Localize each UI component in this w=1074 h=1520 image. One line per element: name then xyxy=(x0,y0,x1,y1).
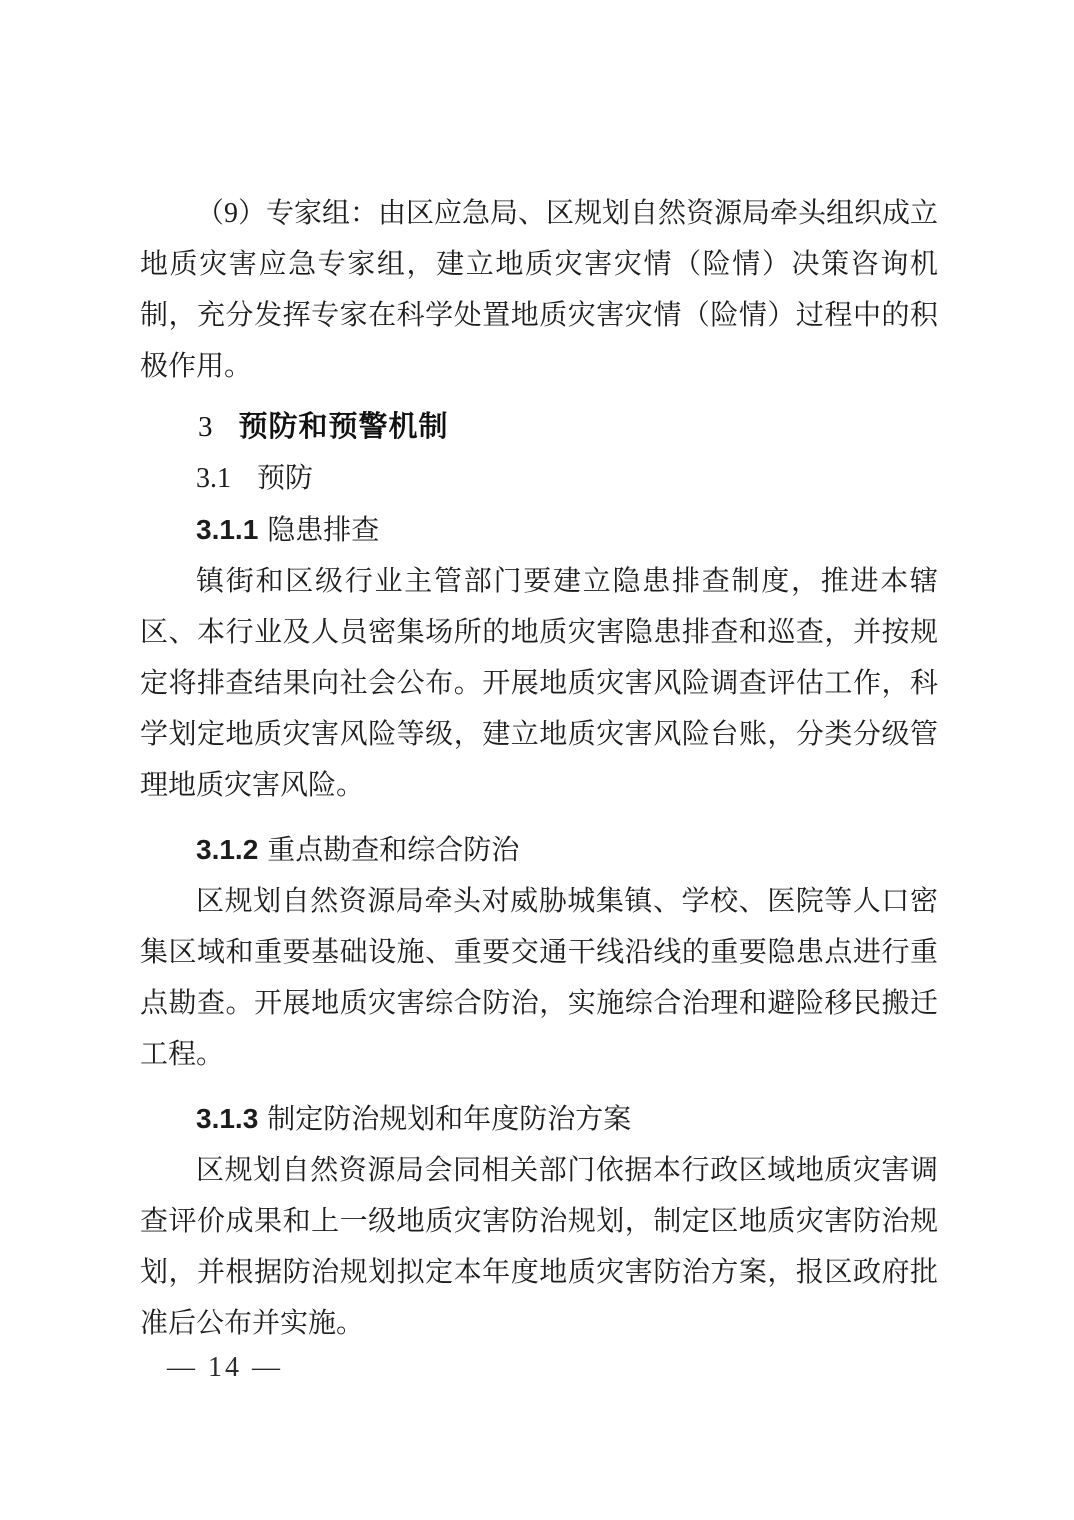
heading-section-3-1-title: 预防 xyxy=(257,463,313,494)
heading-section-3-1-3-number: 3.1.3 xyxy=(196,1103,258,1134)
paragraph-key-survey: 区规划自然资源局牵头对威胁城集镇、学校、医院等人口密集区域和重要基础设施、重要交… xyxy=(140,876,938,1080)
heading-section-3-1-1-number: 3.1.1 xyxy=(196,514,258,545)
heading-section-3-1-2-title: 重点勘查和综合防治 xyxy=(267,835,519,866)
paragraph-expert-group: （9）专家组：由区应急局、区规划自然资源局牵头组织成立地质灾害应急专家组，建立地… xyxy=(140,188,938,392)
paragraph-prevention-plan: 区规划自然资源局会同相关部门依据本行政区域地质灾害调查评价成果和上一级地质灾害防… xyxy=(140,1145,938,1349)
heading-section-3-1-number: 3.1 xyxy=(196,463,231,494)
page-number: — 14 — xyxy=(167,1346,283,1390)
paragraph-hazard-inspection: 镇街和区级行业主管部门要建立隐患排查制度，推进本辖区、本行业及人员密集场所的地质… xyxy=(140,556,938,811)
heading-section-3: 3预防和预警机制 xyxy=(140,402,938,453)
heading-section-3-title: 预防和预警机制 xyxy=(239,411,449,443)
heading-section-3-1-3: 3.1.3制定防治规划和年度防治方案 xyxy=(140,1093,938,1145)
heading-section-3-1-1: 3.1.1隐患排查 xyxy=(140,504,938,556)
heading-section-3-1-1-title: 隐患排查 xyxy=(267,515,379,546)
heading-section-3-1-3-title: 制定防治规划和年度防治方案 xyxy=(267,1104,631,1135)
document-content: （9）专家组：由区应急局、区规划自然资源局牵头组织成立地质灾害应急专家组，建立地… xyxy=(140,188,938,1349)
document-page: （9）专家组：由区应急局、区规划自然资源局牵头组织成立地质灾害应急专家组，建立地… xyxy=(0,0,1074,1520)
heading-section-3-1: 3.1预防 xyxy=(140,453,938,504)
heading-section-3-1-2-number: 3.1.2 xyxy=(196,834,258,865)
heading-section-3-1-2: 3.1.2重点勘查和综合防治 xyxy=(140,824,938,876)
heading-section-3-number: 3 xyxy=(198,411,213,443)
